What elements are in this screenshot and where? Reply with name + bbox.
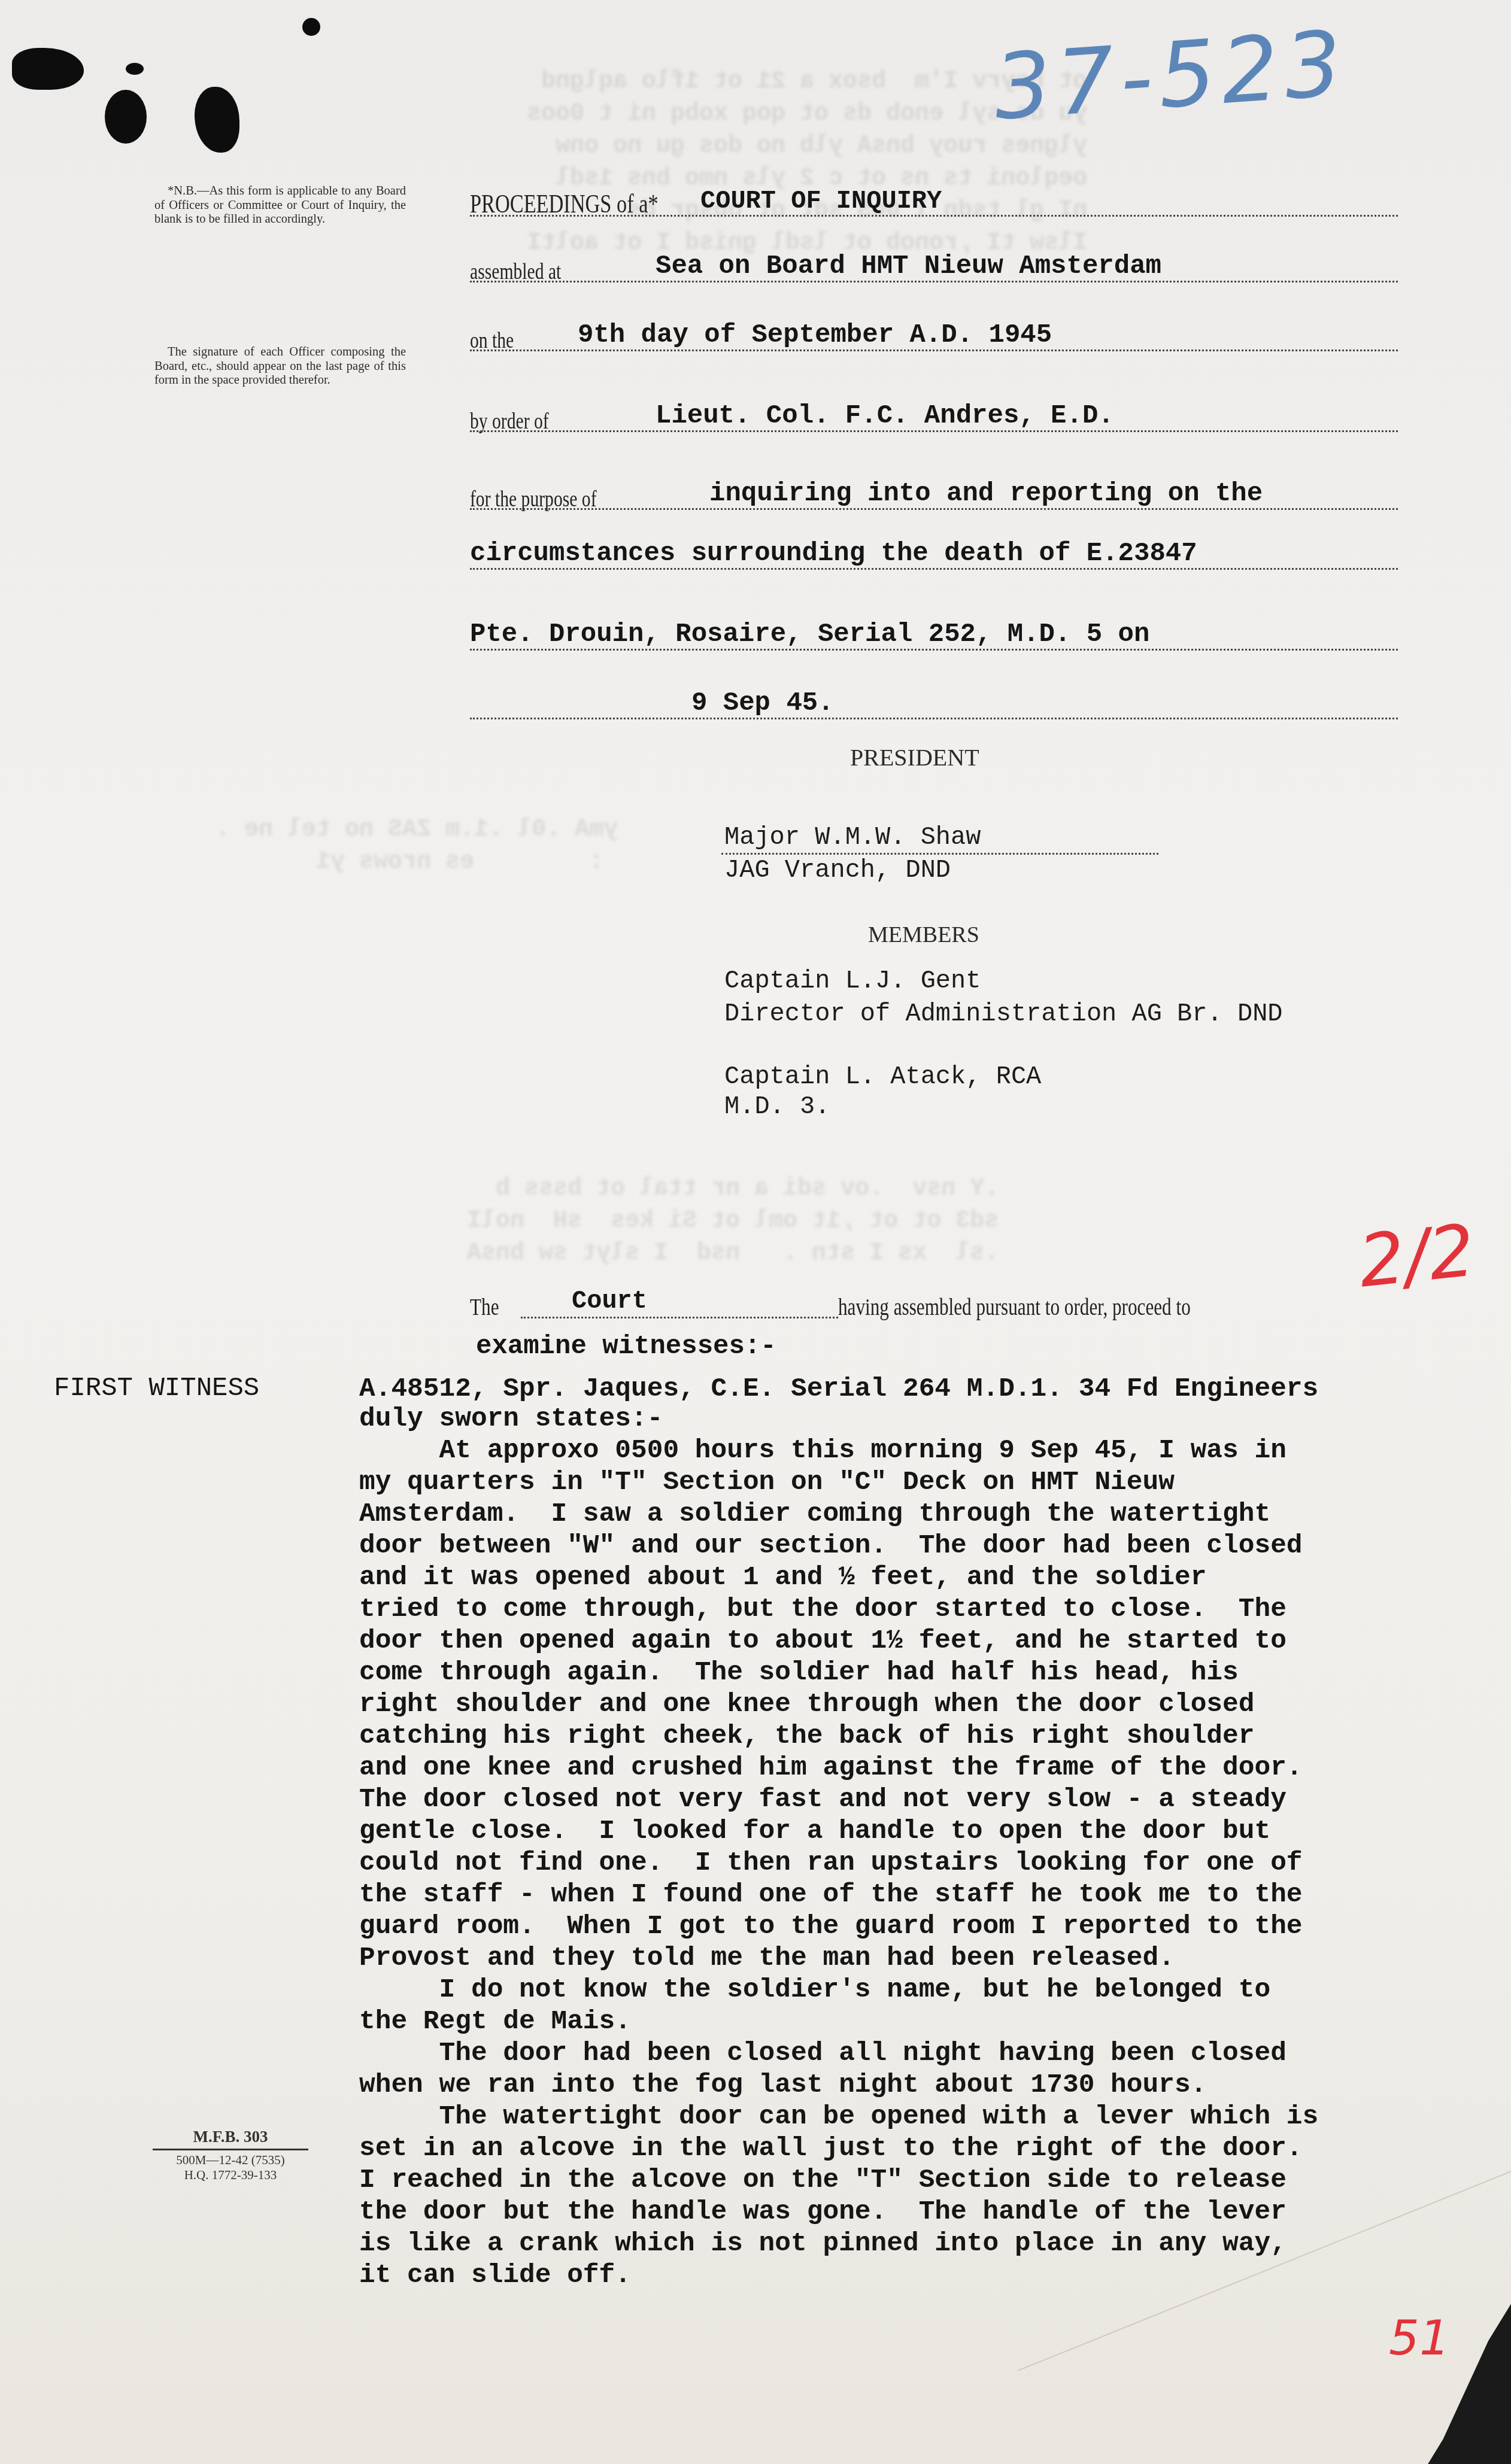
form-code-block: M.F.B. 303 500M—12-42 (7535) H.Q. 1772-3… [132,2128,329,2183]
members-heading: MEMBERS [868,922,979,948]
assembled-value: Sea on Board HMT Nieuw Amsterdam [656,251,1161,281]
witness-label: FIRST WITNESS [54,1374,259,1403]
statement-line: the Regt de Mais. [359,2006,631,2038]
form-print-run: 500M—12-42 (7535) [132,2153,329,2168]
president-name: Major W.M.W. Shaw [724,823,981,852]
statement-line: my quarters in "T" Section on "C" Deck o… [359,1467,1175,1499]
punch-hole [302,18,320,36]
nb-side-note: *N.B.—As this form is applicable to any … [154,184,406,227]
statement-line: At approxo 0500 hours this morning 9 Sep… [359,1435,1287,1467]
date-value: 9th day of September A.D. 1945 [578,320,1052,350]
punch-hole [105,90,147,144]
purpose-line-2: circumstances surrounding the death of E… [470,539,1197,569]
assembly-suffix: having assembled pursuant to order, proc… [838,1293,1191,1321]
handwritten-file-number: 37-523 [991,12,1351,141]
assembly-dotted-rule [521,1317,838,1318]
field-purpose-cont-2: Pte. Drouin, Rosaire, Serial 252, M.D. 5… [470,619,1398,655]
purpose-label: for the purpose of [470,486,597,512]
member-2-name: Captain L. Atack, RCA [724,1062,1041,1091]
order-label: by order of [470,408,549,435]
assembled-label: assembled at [470,259,561,285]
dotted-rule [470,718,1398,719]
statement-line: and it was opened about 1 and ½ feet, an… [359,1562,1206,1594]
statement-line: it can slide off. [359,2260,631,2292]
document-page: ot beyrv I'm bsox a 21 ot 1flo aqlgnd yu… [0,0,1511,2464]
nb-note-text: *N.B.—As this form is applicable to any … [154,184,406,227]
president-unit: JAG Vranch, DND [724,856,951,885]
order-value: Lieut. Col. F.C. Andres, E.D. [656,401,1114,431]
statement-line: catching his right cheek, the back of hi… [359,1721,1254,1752]
president-signature-rule [721,853,1158,855]
field-purpose-cont-1: circumstances surrounding the death of E… [470,539,1398,575]
statement-line: Provost and they told me the man had bee… [359,1943,1175,1974]
president-heading: PRESIDENT [850,743,979,771]
purpose-line-1: inquiring into and reporting on the [709,479,1263,509]
statement-line: and one knee and crushed him against the… [359,1752,1303,1784]
assembly-continuation: examine witnesses:- [476,1332,776,1362]
statement-line: guard room. When I got to the guard room… [359,1911,1303,1943]
punch-hole [12,48,84,90]
statement-line: The door had been closed all night havin… [359,2038,1287,2070]
proceedings-value: COURT OF INQUIRY [700,187,942,215]
assembly-prefix: The [470,1293,499,1321]
punch-hole [195,87,239,153]
statement-line: door between "W" and our section. The do… [359,1530,1303,1562]
purpose-line-4: 9 Sep 45. [691,688,834,718]
proceedings-label: PROCEEDINGS of a* [470,189,659,219]
statement-line: A.48512, Spr. Jaques, C.E. Serial 264 M.… [359,1374,1318,1405]
form-hq-ref: H.Q. 1772-39-133 [132,2168,329,2183]
statement-line: come through again. The soldier had half… [359,1657,1239,1689]
form-id: M.F.B. 303 [153,2128,308,2150]
member-2-unit: M.D. 3. [724,1092,830,1121]
statement-line: duly sworn states:- [359,1403,663,1435]
bleed-through-text: .Y nsv .ov sdi a nr ttal ot bsss b sd3 o… [467,1173,999,1270]
assembly-body-value: Court [572,1287,647,1315]
statement-line: right shoulder and one knee through when… [359,1689,1254,1721]
member-1-unit: Director of Administration AG Br. DND [724,999,1283,1028]
statement-line: door then opened again to about 1½ feet,… [359,1626,1287,1657]
statement-line: tried to come through, but the door star… [359,1594,1287,1626]
statement-line: gentle close. I looked for a handle to o… [359,1816,1270,1848]
date-label: on the [470,327,514,354]
red-page-marker: 2/2 [1355,1209,1479,1304]
statement-line: The watertight door can be opened with a… [359,2101,1318,2133]
statement-line: set in an alcove in the wall just to the… [359,2133,1303,2165]
statement-line: when we ran into the fog last night abou… [359,2070,1206,2101]
statement-line: I reached in the alcove on the "T" Secti… [359,2165,1287,2196]
statement-line: I do not know the soldier's name, but he… [359,1974,1270,2006]
red-folio-number: 51 [1389,2310,1450,2366]
punch-hole [126,63,144,75]
field-purpose: for the purpose of inquiring into and re… [470,479,1398,515]
statement-line: is like a crank which is not pinned into… [359,2228,1287,2260]
statement-line: the staff - when I found one of the staf… [359,1879,1303,1911]
signature-note-text: The signature of each Officer composing … [154,345,406,388]
purpose-line-3: Pte. Drouin, Rosaire, Serial 252, M.D. 5… [470,619,1149,649]
statement-line: The door closed not very fast and not ve… [359,1784,1287,1816]
field-date: on the 9th day of September A.D. 1945 [470,320,1398,356]
field-order: by order of Lieut. Col. F.C. Andres, E.D… [470,401,1398,437]
statement-line: could not find one. I then ran upstairs … [359,1848,1303,1879]
field-purpose-cont-3: 9 Sep 45. [470,688,1398,724]
bleed-through-text: ymA .0l .1.m ZAS no tel ne . : es nrows … [72,814,618,879]
signature-side-note: The signature of each Officer composing … [154,345,406,388]
field-assembled-at: assembled at Sea on Board HMT Nieuw Amst… [470,251,1398,287]
statement-line: Amsterdam. I saw a soldier coming throug… [359,1499,1270,1530]
member-1-name: Captain L.J. Gent [724,967,981,995]
statement-line: the door but the handle was gone. The ha… [359,2196,1287,2228]
field-proceedings: PROCEEDINGS of a* COURT OF INQUIRY [470,186,1398,221]
